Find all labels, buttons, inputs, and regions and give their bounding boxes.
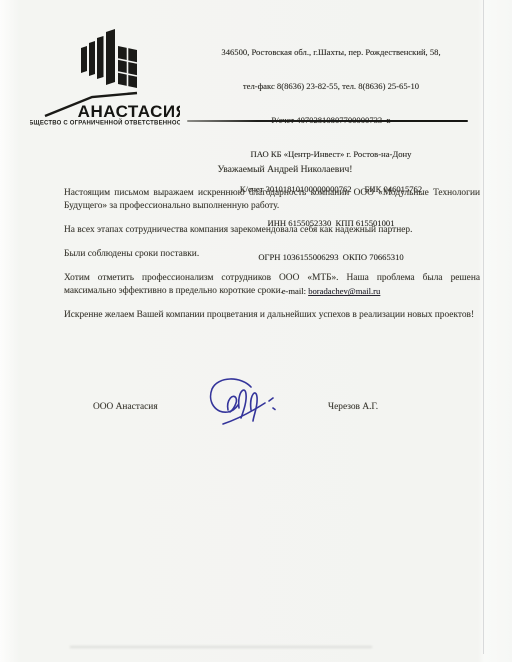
contact-address: 346500, Ростовская обл., г.Шахты, пер. Р…	[185, 47, 477, 58]
contact-phones: тел-факс 8(8636) 23-82-55, тел. 8(8636) …	[185, 81, 477, 92]
contact-bank-name: ПАО КБ «Центр-Инвест» г. Ростов-на-Дону	[185, 149, 477, 160]
scan-edge-right	[483, 0, 484, 654]
letter-paragraph-4: Хотим отметить профессионализм сотрудник…	[64, 272, 480, 298]
scanned-letter-page: АНАСТАСИЯ ОБЩЕСТВО С ОГРАНИЧЕННОЙ ОТВЕТС…	[0, 0, 512, 662]
letter-paragraph-3: Были соблюдены сроки поставки.	[64, 248, 480, 261]
letter-body: Настоящим письмом выражаем искреннюю бла…	[64, 187, 480, 333]
signature-company-name: ООО Анастасия	[93, 402, 158, 412]
salutation: Уважаемый Андрей Николаевич!	[64, 164, 480, 175]
scan-edge-bottom	[70, 646, 372, 648]
company-logo: АНАСТАСИЯ ОБЩЕСТВО С ОГРАНИЧЕННОЙ ОТВЕТС…	[30, 26, 180, 126]
letter-paragraph-5: Искренне желаем Вашей компании процветан…	[64, 309, 480, 322]
signer-name: Черезов А.Г.	[328, 402, 378, 412]
building-towers-icon: АНАСТАСИЯ ОБЩЕСТВО С ОГРАНИЧЕННОЙ ОТВЕТС…	[30, 26, 180, 126]
company-subtitle: ОБЩЕСТВО С ОГРАНИЧЕННОЙ ОТВЕТСТВЕННОСТЬЮ	[30, 119, 180, 127]
header-divider	[187, 120, 468, 122]
handwritten-signature	[203, 374, 281, 434]
letter-paragraph-1: Настоящим письмом выражаем искреннюю бла…	[64, 187, 480, 213]
company-name: АНАСТАСИЯ	[78, 102, 180, 121]
letter-paragraph-2: На всех этапах сотрудничества компания з…	[64, 224, 480, 237]
